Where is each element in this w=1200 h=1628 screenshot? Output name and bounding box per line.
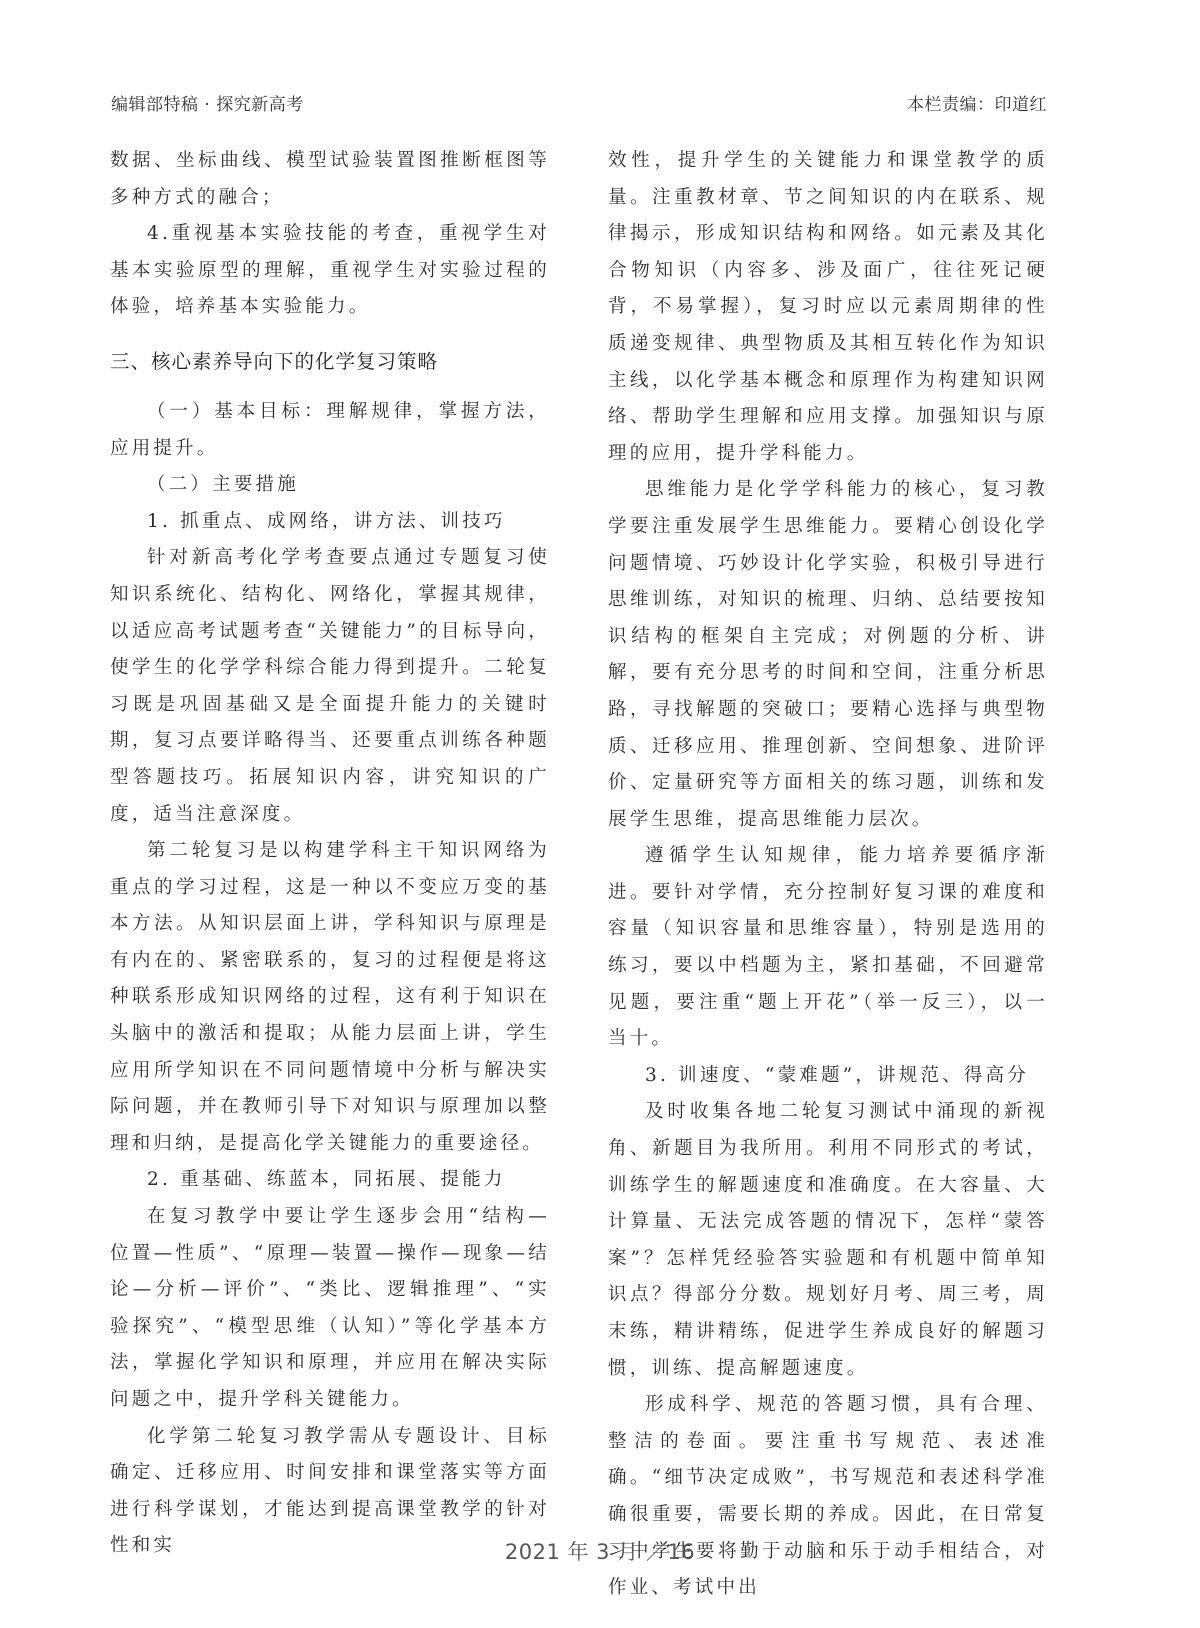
numbered-heading: 1. 抓重点、成网络，讲方法、训技巧 (110, 504, 550, 541)
paragraph: 针对新高考化学考查要点通过专题复习使知识系统化、结构化、网络化，掌握其规律，以适… (110, 540, 550, 833)
running-header-section: 编辑部特稿 · 探究新高考 (111, 90, 304, 115)
right-column: 效性，提升学生的关键能力和课堂教学的质量。注重教材章、节之间知识的内在联系、规律… (608, 143, 1048, 1607)
paragraph: 效性，提升学生的关键能力和课堂教学的质量。注重教材章、节之间知识的内在联系、规律… (608, 143, 1048, 472)
paragraph: 及时收集各地二轮复习测试中涌现的新视角、新题目为我所用。利用不同形式的考试，训练… (608, 1094, 1048, 1387)
running-header-editor: 本栏责编：印道红 (907, 90, 1047, 115)
subheading: （一）基本目标：理解规律，掌握方法，应用提升。 (110, 394, 550, 467)
subheading: （二）主要措施 (110, 467, 550, 504)
paragraph: 在复习教学中要让学生逐步会用“结构—位置—性质”、“原理—装置—操作—现象—结论… (110, 1199, 550, 1419)
paragraph: 形成科学、规范的答题习惯，具有合理、整洁的卷面。要注重书写规范、表述准确。“细节… (608, 1387, 1048, 1607)
paragraph: 第二轮复习是以构建学科主干知识网络为重点的学习过程，这是一种以不变应万变的基本方… (110, 833, 550, 1162)
paragraph: 遵循学生认知规律，能力培养要循序渐进。要针对学情，充分控制好复习课的难度和容量（… (608, 838, 1048, 1058)
page-footer-date-number: 2021 年 3 月 ／16 (0, 1536, 1200, 1566)
paragraph: 思维能力是化学学科能力的核心，复习教学要注重发展学生思维能力。要精心创设化学问题… (608, 472, 1048, 838)
paragraph: 数据、坐标曲线、模型试验装置图推断框图等多种方式的融合； (110, 143, 550, 216)
numbered-heading: 3. 训速度、“蒙难题”，讲规范、得高分 (608, 1058, 1048, 1095)
section-heading: 三、核心素养导向下的化学复习策略 (110, 344, 550, 380)
left-column: 数据、坐标曲线、模型试验装置图推断框图等多种方式的融合； 4.重视基本实验技能的… (110, 143, 550, 1565)
numbered-heading: 2. 重基础、练蓝本，同拓展、提能力 (110, 1162, 550, 1199)
paragraph: 4.重视基本实验技能的考查，重视学生对基本实验原型的理解，重视学生对实验过程的体… (110, 216, 550, 326)
